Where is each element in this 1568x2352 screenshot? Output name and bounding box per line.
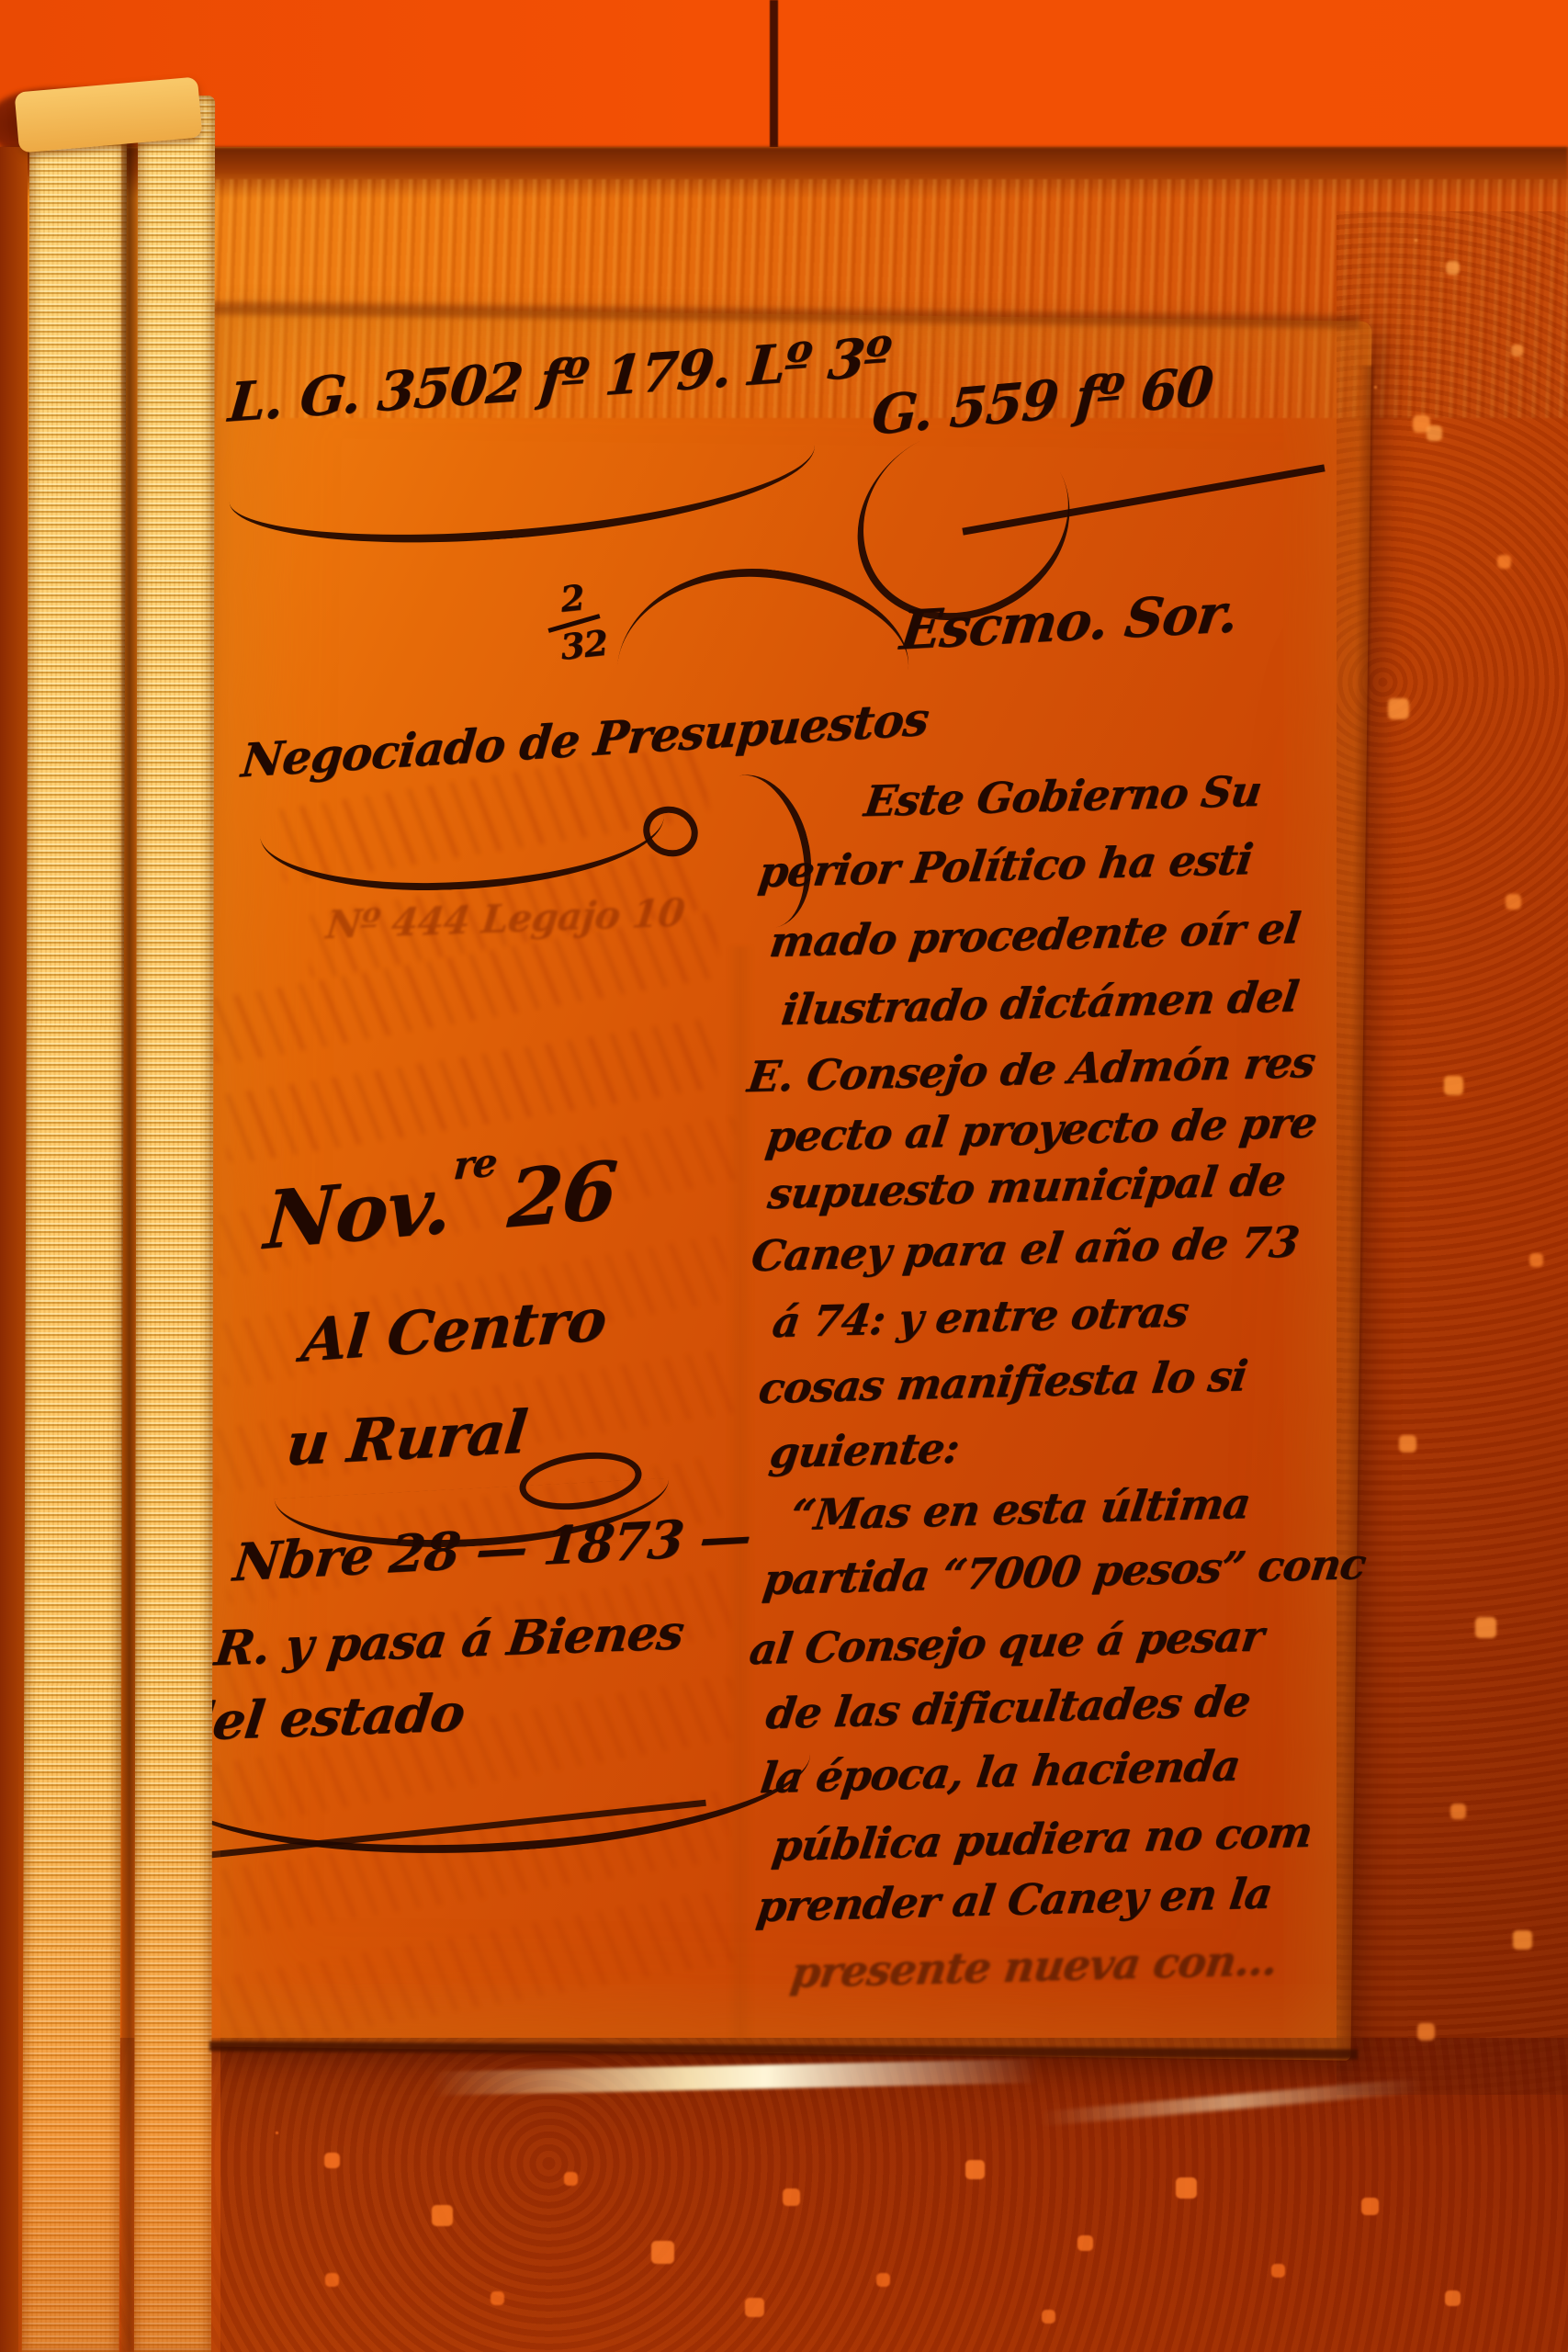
fraction-denominator: 32 (558, 622, 609, 668)
fraction-numerator: 2 (558, 576, 586, 619)
margin-date-day: 26 (505, 1144, 619, 1247)
page-center-crease (728, 946, 753, 2049)
background-surface (0, 0, 1568, 164)
body-line-11: guiente: (767, 1423, 962, 1478)
margin-date-superscript: re (452, 1139, 498, 1189)
manuscript-photo: L. G. 3502 fº 179. Lº 3º G. 559 fº 60 2 … (0, 0, 1568, 2352)
margin-note-line-3: u Rural (283, 1397, 530, 1479)
stain-spots-cover (1415, 239, 1417, 242)
stain-spots-bottom (276, 2131, 278, 2134)
stain-spots-right-margin (1374, 386, 1377, 389)
binding-tape-bottom-tint (18, 1727, 220, 2352)
margin-date-word: Nov. (262, 1158, 455, 1268)
body-line-1: Este Gobierno Su (862, 766, 1264, 826)
